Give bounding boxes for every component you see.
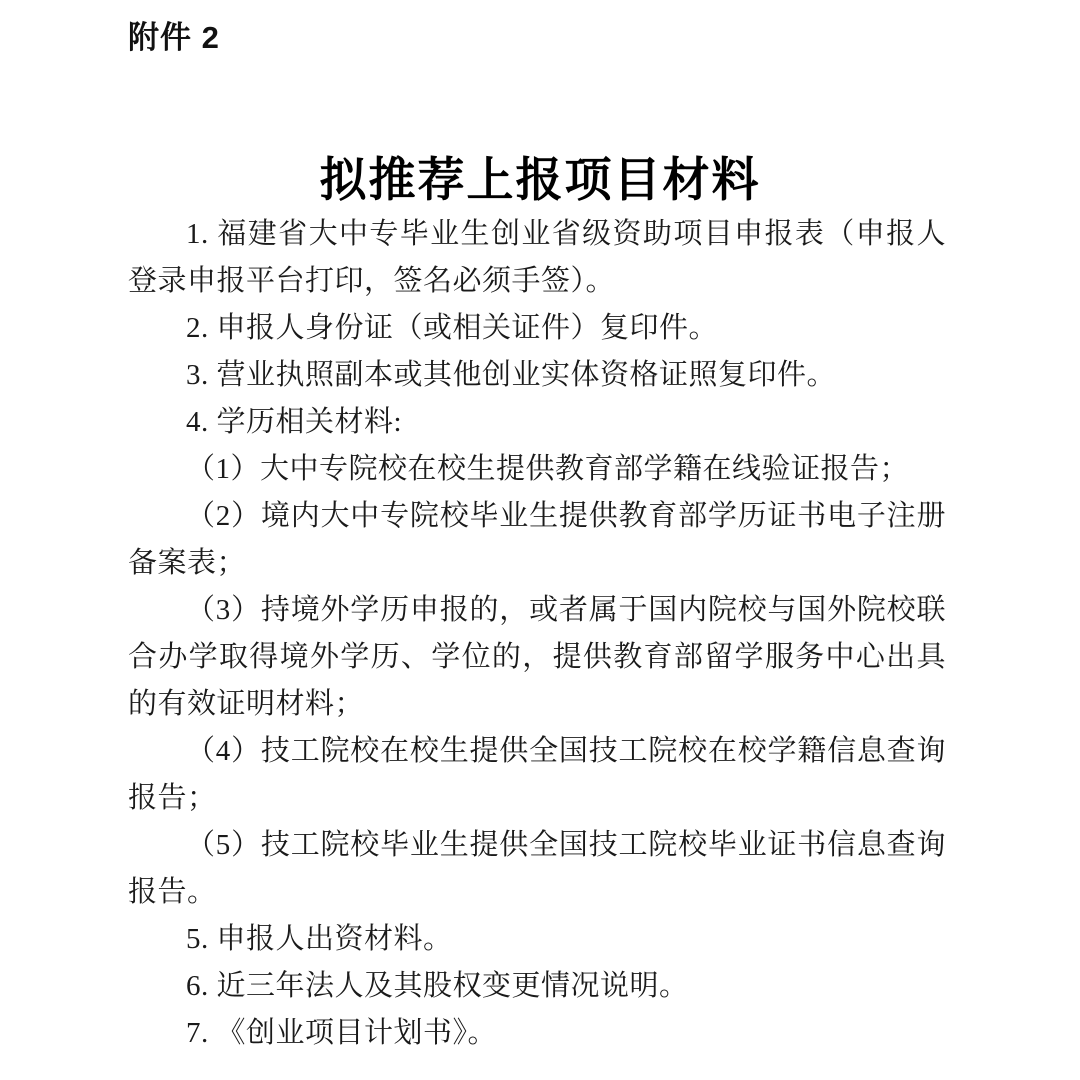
paragraph: 7. 《创业项目计划书》。 xyxy=(128,1010,946,1057)
paragraph: （4）技工院校在校生提供全国技工院校在校学籍信息查询报告； xyxy=(128,728,946,822)
paragraph: （1）大中专院校在校生提供教育部学籍在线验证报告； xyxy=(128,446,946,493)
paragraph: 6. 近三年法人及其股权变更情况说明。 xyxy=(128,963,946,1010)
document-body: 1. 福建省大中专毕业生创业省级资助项目申报表（申报人登录申报平台打印，签名必须… xyxy=(128,211,946,1057)
attachment-label: 附件 2 xyxy=(128,12,220,57)
paragraph: 4. 学历相关材料: xyxy=(128,399,946,446)
paragraph: 2. 申报人身份证（或相关证件）复印件。 xyxy=(128,305,946,352)
paragraph: 1. 福建省大中专毕业生创业省级资助项目申报表（申报人登录申报平台打印，签名必须… xyxy=(128,211,946,305)
paragraph: （5）技工院校毕业生提供全国技工院校毕业证书信息查询报告。 xyxy=(128,822,946,916)
paragraph: （2）境内大中专院校毕业生提供教育部学历证书电子注册备案表； xyxy=(128,493,946,587)
paragraph: 5. 申报人出资材料。 xyxy=(128,916,946,963)
document-title: 拟推荐上报项目材料 xyxy=(0,143,1080,210)
paragraph: （3）持境外学历申报的，或者属于国内院校与国外院校联合办学取得境外学历、学位的，… xyxy=(128,587,946,728)
document-page: 附件 2 拟推荐上报项目材料 1. 福建省大中专毕业生创业省级资助项目申报表（申… xyxy=(0,0,1080,1080)
paragraph: 3. 营业执照副本或其他创业实体资格证照复印件。 xyxy=(128,352,946,399)
